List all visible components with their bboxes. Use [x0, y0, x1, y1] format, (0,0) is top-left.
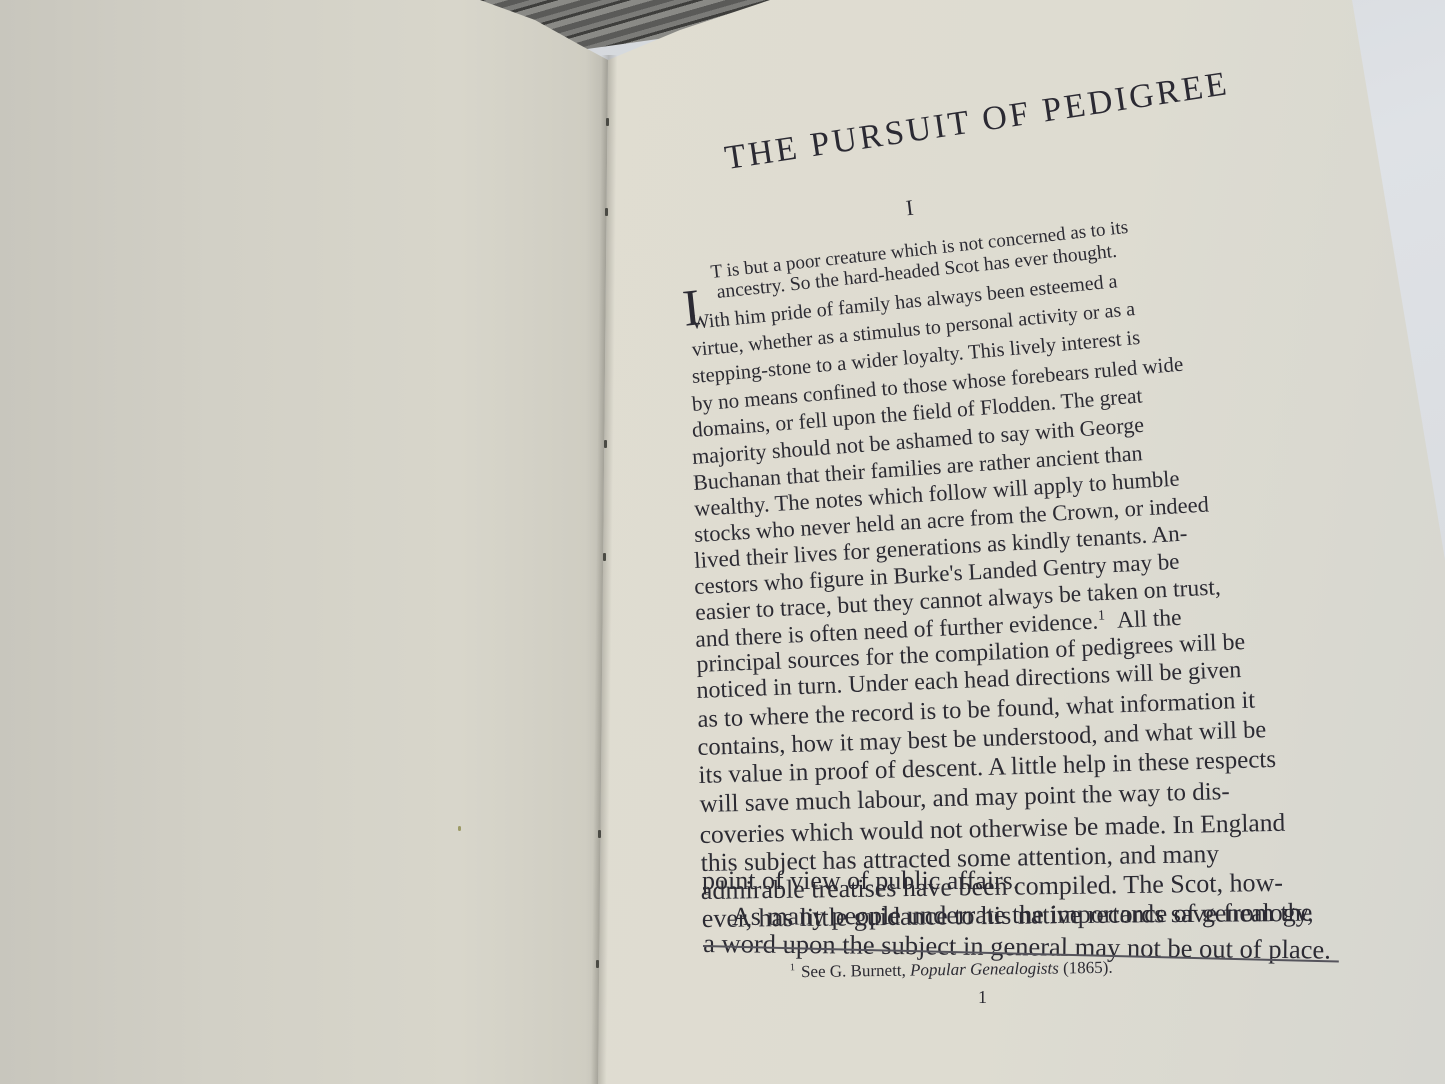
text-line: point of view of public affairs.	[702, 866, 1019, 896]
text-line: As many people underrate the importance …	[732, 898, 1314, 932]
binding-stitch	[605, 208, 608, 216]
binding-stitch	[596, 960, 599, 968]
binding-stitch	[598, 830, 601, 838]
binding-stitch	[606, 118, 609, 126]
footnote-work-title: Popular Genealogists	[910, 959, 1059, 980]
page-number: 1	[978, 987, 987, 1008]
footnote-prefix: See G. Burnett,	[801, 961, 910, 982]
paper-speck	[458, 826, 461, 831]
binding-stitch	[604, 440, 607, 448]
footnote-marker: 1	[790, 963, 795, 974]
footnote-marker: 1	[1098, 607, 1106, 623]
text-line-tail: All the	[1116, 605, 1182, 634]
footnote-suffix: (1865).	[1059, 958, 1113, 978]
left-page-blank	[0, 0, 610, 1084]
binding-stitch	[603, 553, 606, 561]
